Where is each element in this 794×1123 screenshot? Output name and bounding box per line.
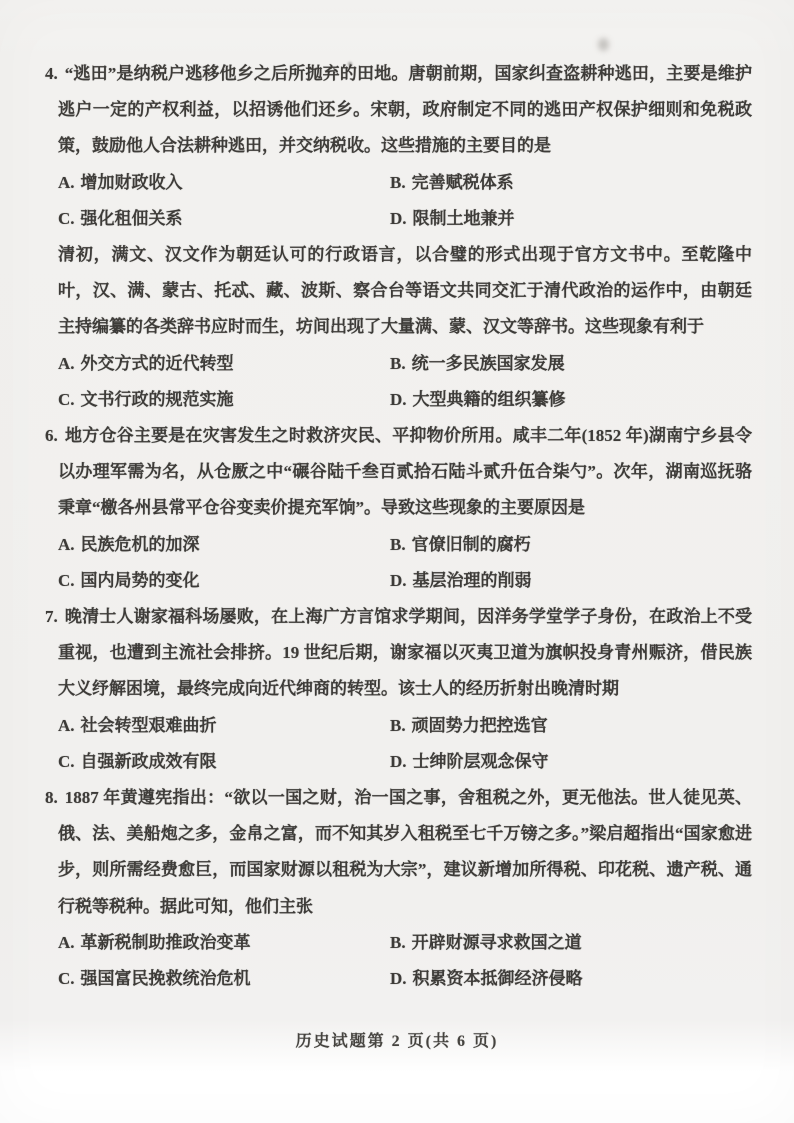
option-text: 强国富民挽救统治危机 bbox=[81, 969, 251, 988]
question-6: 6.地方仓谷主要是在灾害发生之时救济灾民、平抑物价所用。咸丰二年(1852 年)… bbox=[45, 418, 752, 599]
option-text: 完善赋税体系 bbox=[412, 173, 514, 192]
option-text: 顽固势力把控选官 bbox=[412, 716, 548, 735]
option-row: C.自强新政成效有限 D.士绅阶层观念保守 bbox=[58, 744, 752, 780]
option-label: D. bbox=[390, 571, 407, 590]
option-label: B. bbox=[390, 716, 406, 735]
option-a: A.社会转型艰难曲折 bbox=[58, 708, 390, 744]
question-text: 晚清士人谢家福科场屡败，在上海广方言馆求学期间，因洋务学堂学子身份，在政治上不受… bbox=[58, 607, 752, 698]
option-d: D.基层治理的削弱 bbox=[390, 563, 752, 599]
option-text: 大型典籍的组织纂修 bbox=[413, 390, 566, 409]
option-row: A.增加财政收入 B.完善赋税体系 bbox=[58, 165, 752, 201]
option-b: B.统一多民族国家发展 bbox=[390, 346, 752, 382]
option-label: D. bbox=[390, 752, 407, 771]
option-label: B. bbox=[390, 535, 406, 554]
options: A.社会转型艰难曲折 B.顽固势力把控选官 C.自强新政成效有限 D.士绅阶层观… bbox=[58, 708, 752, 780]
question-stem: 6.地方仓谷主要是在灾害发生之时救济灾民、平抑物价所用。咸丰二年(1852 年)… bbox=[45, 418, 752, 527]
option-text: 社会转型艰难曲折 bbox=[81, 716, 217, 735]
option-d: D.限制土地兼并 bbox=[390, 201, 752, 237]
option-label: B. bbox=[390, 933, 406, 952]
option-c: C.强国富民挽救统治危机 bbox=[58, 961, 390, 997]
option-row: A.革新税制助推政治变革 B.开辟财源寻求救国之道 bbox=[58, 925, 752, 961]
page-footer: 历史试题第 2 页(共 6 页) bbox=[0, 1028, 794, 1056]
question-text: 地方仓谷主要是在灾害发生之时救济灾民、平抑物价所用。咸丰二年(1852 年)湖南… bbox=[58, 426, 752, 517]
question-text: 清初，满文、汉文作为朝廷认可的行政语言，以合璧的形式出现于官方文书中。至乾隆中叶… bbox=[58, 245, 752, 336]
option-label: D. bbox=[390, 969, 407, 988]
option-d: D.大型典籍的组织纂修 bbox=[390, 382, 752, 418]
option-d: D.士绅阶层观念保守 bbox=[390, 744, 752, 780]
option-a: A.增加财政收入 bbox=[58, 165, 390, 201]
option-text: 开辟财源寻求救国之道 bbox=[412, 933, 582, 952]
question-number: 7. bbox=[45, 607, 58, 626]
option-b: B.官僚旧制的腐朽 bbox=[390, 527, 752, 563]
option-label: A. bbox=[58, 173, 75, 192]
option-label: C. bbox=[58, 969, 75, 988]
question-text: 1887 年黄遵宪指出：“欲以一国之财，治一国之事，舍租税之外，更无他法。世人徒… bbox=[58, 788, 752, 916]
option-label: C. bbox=[58, 571, 75, 590]
option-label: C. bbox=[58, 752, 75, 771]
question-8: 8.1887 年黄遵宪指出：“欲以一国之财，治一国之事，舍租税之外，更无他法。世… bbox=[45, 780, 752, 997]
option-row: C.强国富民挽救统治危机 D.积累资本抵御经济侵略 bbox=[58, 961, 752, 997]
option-text: 强化租佃关系 bbox=[81, 209, 183, 228]
question-stem: 清初，满文、汉文作为朝廷认可的行政语言，以合璧的形式出现于官方文书中。至乾隆中叶… bbox=[45, 237, 752, 346]
option-label: D. bbox=[390, 390, 407, 409]
page-number-text: 历史试题第 2 页(共 6 页) bbox=[296, 1033, 499, 1050]
option-text: 士绅阶层观念保守 bbox=[413, 752, 549, 771]
option-row: C.文书行政的规范实施 D.大型典籍的组织纂修 bbox=[58, 382, 752, 418]
option-row: A.民族危机的加深 B.官僚旧制的腐朽 bbox=[58, 527, 752, 563]
option-row: C.国内局势的变化 D.基层治理的削弱 bbox=[58, 563, 752, 599]
option-c: C.自强新政成效有限 bbox=[58, 744, 390, 780]
option-text: 限制土地兼并 bbox=[413, 209, 515, 228]
option-row: A.社会转型艰难曲折 B.顽固势力把控选官 bbox=[58, 708, 752, 744]
option-text: 文书行政的规范实施 bbox=[81, 390, 234, 409]
option-c: C.国内局势的变化 bbox=[58, 563, 390, 599]
options: A.增加财政收入 B.完善赋税体系 C.强化租佃关系 D.限制土地兼并 bbox=[58, 165, 752, 237]
option-a: A.外交方式的近代转型 bbox=[58, 346, 390, 382]
option-text: 国内局势的变化 bbox=[81, 571, 200, 590]
scan-speck-icon bbox=[598, 38, 609, 51]
question-number: 8. bbox=[45, 788, 58, 807]
option-label: A. bbox=[58, 716, 75, 735]
option-text: 基层治理的削弱 bbox=[413, 571, 532, 590]
option-label: B. bbox=[390, 173, 406, 192]
options: A.民族危机的加深 B.官僚旧制的腐朽 C.国内局势的变化 D.基层治理的削弱 bbox=[58, 527, 752, 599]
option-b: B.完善赋税体系 bbox=[390, 165, 752, 201]
question-number: 4. bbox=[45, 64, 58, 83]
option-c: C.强化租佃关系 bbox=[58, 201, 390, 237]
option-text: 官僚旧制的腐朽 bbox=[412, 535, 531, 554]
question-5: 清初，满文、汉文作为朝廷认可的行政语言，以合璧的形式出现于官方文书中。至乾隆中叶… bbox=[45, 237, 752, 418]
question-stem: 8.1887 年黄遵宪指出：“欲以一国之财，治一国之事，舍租税之外，更无他法。世… bbox=[45, 780, 752, 925]
option-a: A.民族危机的加深 bbox=[58, 527, 390, 563]
options: A.外交方式的近代转型 B.统一多民族国家发展 C.文书行政的规范实施 D.大型… bbox=[58, 346, 752, 418]
option-text: 积累资本抵御经济侵略 bbox=[413, 969, 583, 988]
option-label: A. bbox=[58, 354, 75, 373]
option-text: 统一多民族国家发展 bbox=[412, 354, 565, 373]
option-row: C.强化租佃关系 D.限制土地兼并 bbox=[58, 201, 752, 237]
option-label: A. bbox=[58, 535, 75, 554]
option-a: A.革新税制助推政治变革 bbox=[58, 925, 390, 961]
question-number: 6. bbox=[45, 426, 58, 445]
question-4: 4.“逃田”是纳税户逃移他乡之后所抛弃的田地。唐朝前期，国家纠查盗耕种逃田，主要… bbox=[45, 56, 752, 237]
option-label: C. bbox=[58, 390, 75, 409]
option-text: 自强新政成效有限 bbox=[81, 752, 217, 771]
option-d: D.积累资本抵御经济侵略 bbox=[390, 961, 752, 997]
question-stem: 4.“逃田”是纳税户逃移他乡之后所抛弃的田地。唐朝前期，国家纠查盗耕种逃田，主要… bbox=[45, 56, 752, 165]
option-text: 民族危机的加深 bbox=[81, 535, 200, 554]
question-stem: 7.晚清士人谢家福科场屡败，在上海广方言馆求学期间，因洋务学堂学子身份，在政治上… bbox=[45, 599, 752, 708]
option-row: A.外交方式的近代转型 B.统一多民族国家发展 bbox=[58, 346, 752, 382]
option-label: C. bbox=[58, 209, 75, 228]
option-label: D. bbox=[390, 209, 407, 228]
option-b: B.开辟财源寻求救国之道 bbox=[390, 925, 752, 961]
questions-area: 4.“逃田”是纳税户逃移他乡之后所抛弃的田地。唐朝前期，国家纠查盗耕种逃田，主要… bbox=[45, 56, 752, 997]
question-7: 7.晚清士人谢家福科场屡败，在上海广方言馆求学期间，因洋务学堂学子身份，在政治上… bbox=[45, 599, 752, 780]
option-label: A. bbox=[58, 933, 75, 952]
options: A.革新税制助推政治变革 B.开辟财源寻求救国之道 C.强国富民挽救统治危机 D… bbox=[58, 925, 752, 997]
option-label: B. bbox=[390, 354, 406, 373]
option-c: C.文书行政的规范实施 bbox=[58, 382, 390, 418]
option-b: B.顽固势力把控选官 bbox=[390, 708, 752, 744]
question-text: “逃田”是纳税户逃移他乡之后所抛弃的田地。唐朝前期，国家纠查盗耕种逃田，主要是维… bbox=[58, 64, 752, 155]
option-text: 增加财政收入 bbox=[81, 173, 183, 192]
option-text: 外交方式的近代转型 bbox=[81, 354, 234, 373]
option-text: 革新税制助推政治变革 bbox=[81, 933, 251, 952]
exam-scan-page: 4.“逃田”是纳税户逃移他乡之后所抛弃的田地。唐朝前期，国家纠查盗耕种逃田，主要… bbox=[0, 0, 794, 1123]
